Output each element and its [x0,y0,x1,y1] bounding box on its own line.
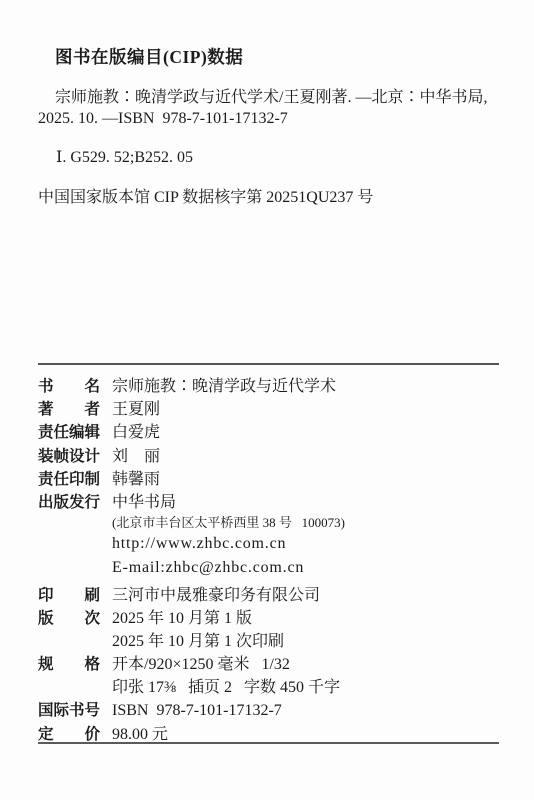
field-label: 书 名 [38,374,103,396]
row-publisher-website: http://www.zhbc.com.cn [38,535,499,558]
colophon-block: 书 名 宗师施教∶晚清学政与近代学术 著 者 王夏刚 责任编辑 白爱虎 装帧设计… [38,363,499,744]
cip-registry-number: 中国国家版本馆 CIP 数据核字第 20251QU237 号 [38,184,373,207]
field-value: 王夏刚 [112,396,160,419]
row-print-supervisor: 责任印制 韩馨雨 [38,466,499,489]
row-managing-editor: 责任编辑 白爱虎 [38,419,499,442]
row-sheets-pages-wordcount: 印张 17⅜ 插页 2 字数 450 千字 [38,674,499,697]
field-value: 白爱虎 [112,419,160,442]
field-value: 刘 丽 [112,443,160,466]
cip-classification: Ⅰ. G529. 52;B252. 05 [56,147,193,167]
field-label: 国际书号 [38,698,103,720]
field-label: 责任印制 [38,467,103,489]
cip-record-line-2: 2025. 10. —ISBN 978-7-101-17132-7 [38,110,288,128]
row-printer: 印 刷 三河市中晟雅豪印务有限公司 [38,582,499,605]
row-book-title: 书 名 宗师施教∶晚清学政与近代学术 [38,373,499,396]
field-label: 出版发行 [38,490,103,512]
book-copyright-page: { "page": { "background": "#fdfdfd", "te… [0,0,534,800]
field-value: (北京市丰台区太平桥西里 38 号 100073) [112,512,345,531]
field-value: E-mail:zhbc@zhbc.com.cn [112,559,304,577]
field-value: 印张 17⅜ 插页 2 字数 450 千字 [112,674,340,697]
field-value: ISBN 978-7-101-17132-7 [112,702,282,720]
cip-section-header: 图书在版编目(CIP)数据 [55,44,243,69]
row-price: 定 价 98.00 元 [38,721,499,744]
field-label: 责任编辑 [38,420,103,442]
row-author: 著 者 王夏刚 [38,396,499,419]
field-value: 98.00 元 [112,721,168,744]
field-value: 三河市中晟雅豪印务有限公司 [112,582,320,605]
field-label: 印 刷 [38,583,103,605]
row-isbn: 国际书号 ISBN 978-7-101-17132-7 [38,698,499,721]
field-label: 著 者 [38,397,103,419]
row-impression: 2025 年 10 月第 1 次印刷 [38,628,499,651]
field-value: 中华书局 [112,489,176,512]
field-value: 2025 年 10 月第 1 版 [112,605,252,628]
field-value: 开本/920×1250 毫米 1/32 [112,651,290,674]
field-value: http://www.zhbc.com.cn [112,535,286,553]
cip-record-line-1: 宗师施教∶晚清学政与近代学术/王夏刚著. —北京∶中华书局, [55,84,487,107]
field-value: 韩馨雨 [112,466,160,489]
field-label: 装帧设计 [38,444,103,466]
row-edition: 版 次 2025 年 10 月第 1 版 [38,605,499,628]
field-value: 2025 年 10 月第 1 次印刷 [112,628,284,651]
row-publisher-address: (北京市丰台区太平桥西里 38 号 100073) [38,512,499,535]
row-publisher: 出版发行 中华书局 [38,489,499,512]
field-label: 规 格 [38,652,103,674]
field-label: 版 次 [38,606,103,628]
row-cover-design: 装帧设计 刘 丽 [38,443,499,466]
row-publisher-email: E-mail:zhbc@zhbc.com.cn [38,559,499,582]
row-format: 规 格 开本/920×1250 毫米 1/32 [38,651,499,674]
field-label: 定 价 [38,722,103,744]
field-value: 宗师施教∶晚清学政与近代学术 [112,373,336,396]
